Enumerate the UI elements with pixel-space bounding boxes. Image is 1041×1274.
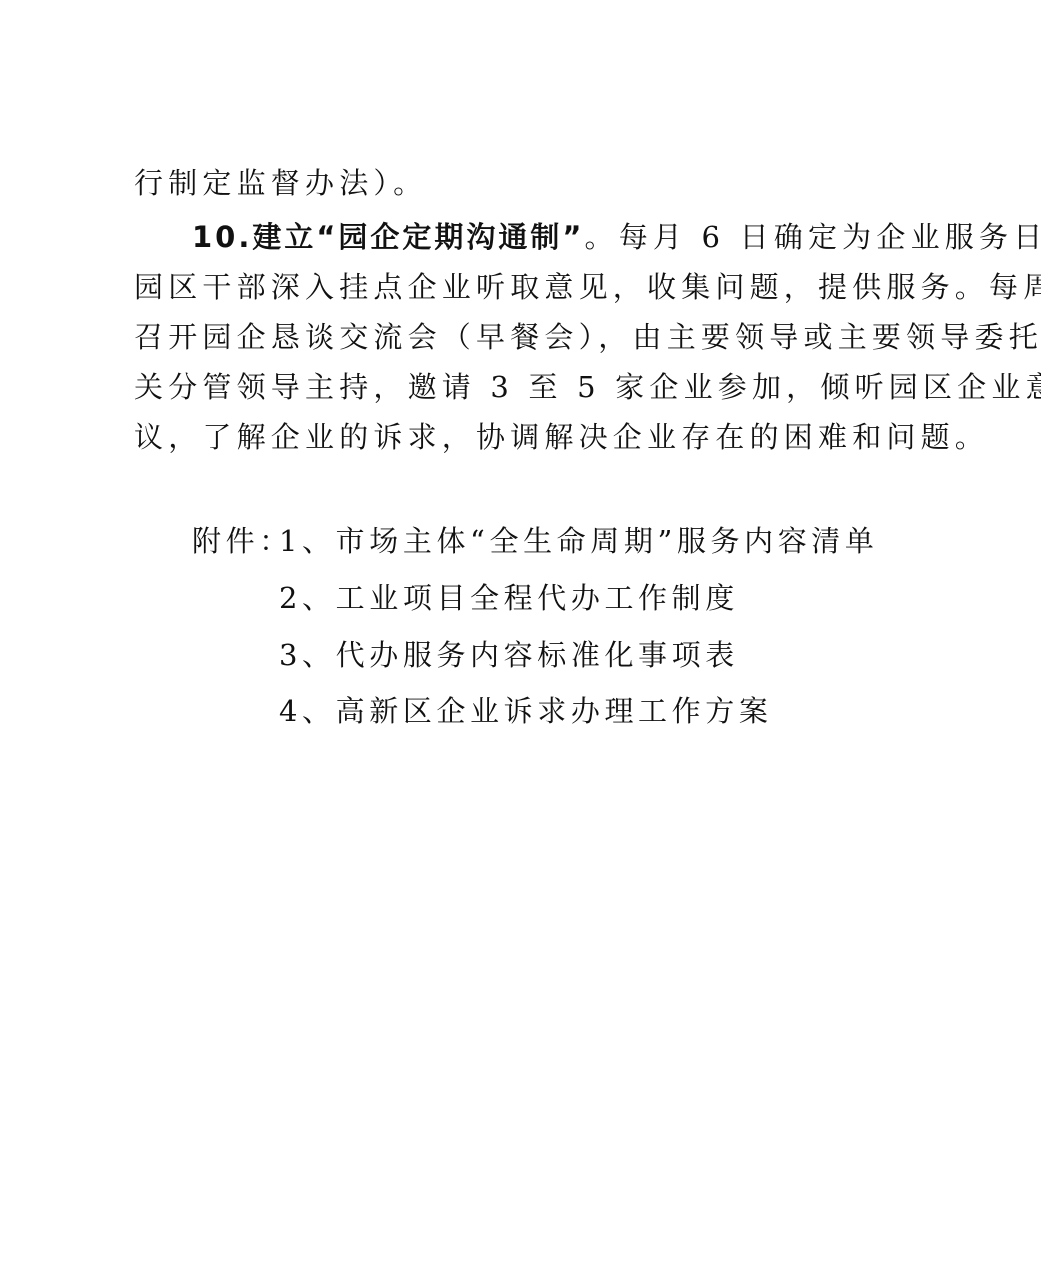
document-page: 行制定监督办法）。 10.建立“园企定期沟通制”。每月 6 日确定为企业服务日，…: [0, 0, 1041, 1274]
item-10-heading: 10.建立“园企定期沟通制”: [192, 220, 585, 254]
item-10-first-line: 10.建立“园企定期沟通制”。每月 6 日确定为企业服务日，: [192, 219, 952, 255]
paragraph-line: 园区干部深入挂点企业听取意见，收集问题，提供服务。每周五: [134, 269, 954, 305]
paragraph-line: 召开园企恳谈交流会（早餐会），由主要领导或主要领导委托相: [134, 319, 954, 355]
attachments-label: 附件：: [192, 523, 293, 559]
attachment-item: 3、代办服务内容标准化事项表: [279, 637, 739, 673]
attachment-item: 4、高新区企业诉求办理工作方案: [279, 693, 772, 729]
item-10-text: 。每月 6 日确定为企业服务日，: [585, 220, 1041, 254]
paragraph-line: 关分管领导主持，邀请 3 至 5 家企业参加，倾听园区企业意见建: [134, 369, 954, 405]
attachment-item: 1、市场主体“全生命周期”服务内容清单: [279, 523, 879, 559]
paragraph-line: 议，了解企业的诉求，协调解决企业存在的困难和问题。: [134, 419, 954, 455]
attachment-item: 2、工业项目全程代办工作制度: [279, 580, 739, 616]
continuation-line: 行制定监督办法）。: [134, 165, 954, 201]
